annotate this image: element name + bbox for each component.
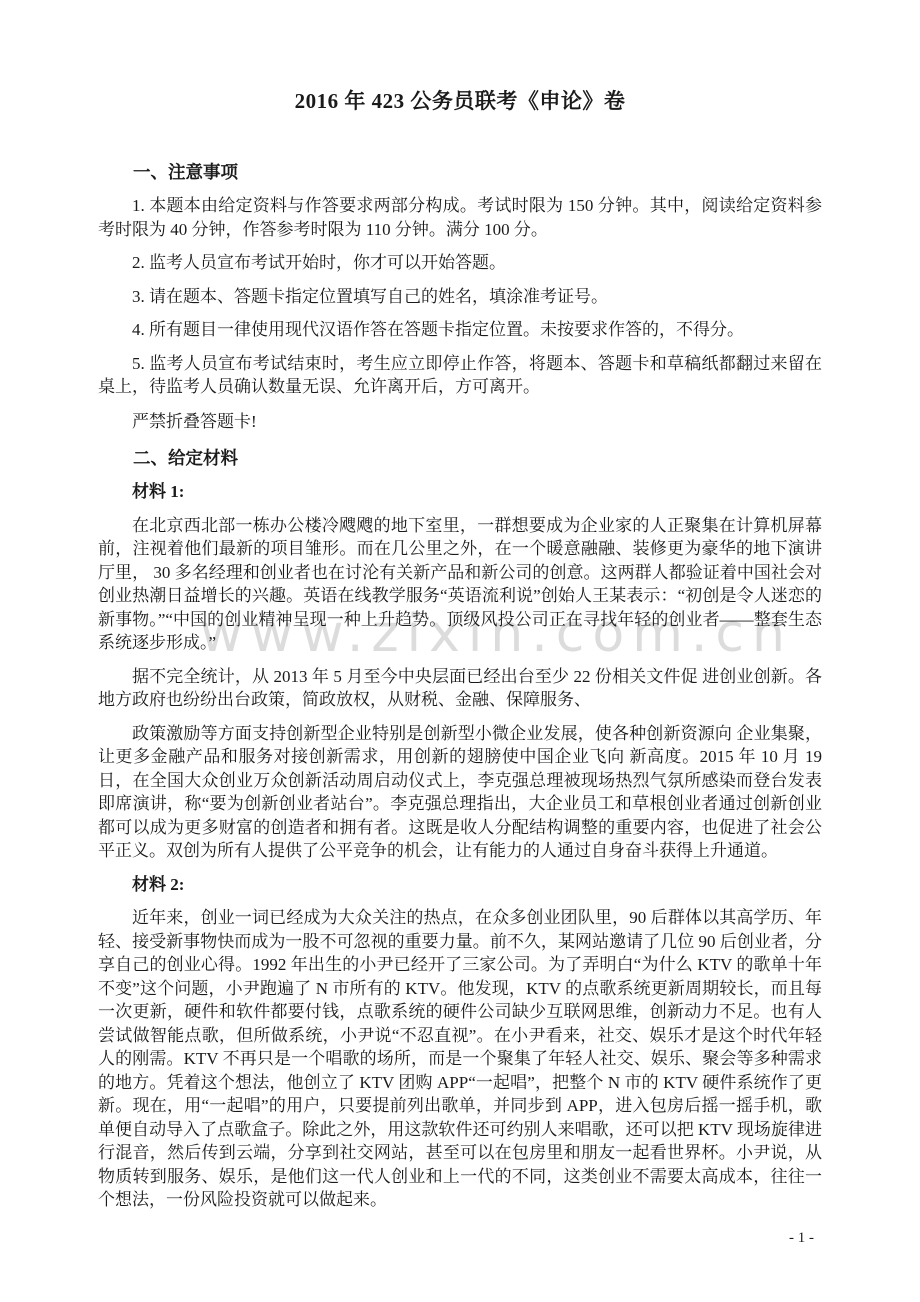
material-2-label: 材料 2: [132, 873, 822, 897]
material-1-label: 材料 1: [132, 480, 822, 504]
notice-warning: 严禁折叠答题卡! [98, 410, 822, 434]
page-number: - 1 - [789, 1228, 814, 1248]
material-1-paragraph: 政策激励等方面支持创新型企业特别是创新型小微企业发展，使各种创新资源向 企业集聚… [98, 722, 822, 863]
material-1-paragraph: 据不完全统计，从 2013 年 5 月至今中央层面已经出台至少 22 份相关文件… [98, 665, 822, 712]
document-title: 2016 年 423 公务员联考《申论》卷 [98, 86, 822, 116]
notice-item-2: 2. 监考人员宣布考试开始时，你才可以开始答题。 [98, 251, 822, 275]
notice-item-1: 1. 本题本由给定资料与作答要求两部分构成。考试时限为 150 分钟。其中，阅读… [98, 194, 822, 241]
document-content: 2016 年 423 公务员联考《申论》卷 一、注意事项 1. 本题本由给定资料… [0, 0, 920, 1212]
notice-item-4: 4. 所有题目一律使用现代汉语作答在答题卡指定位置。未按要求作答的，不得分。 [98, 318, 822, 342]
section-heading-materials: 二、给定材料 [133, 446, 822, 470]
document-page: www.zixin.com.cn 2016 年 423 公务员联考《申论》卷 一… [0, 0, 920, 1302]
material-2-paragraph: 近年来，创业一词已经成为大众关注的热点，在众多创业团队里，90 后群体以其高学历… [98, 906, 822, 1212]
notice-item-3: 3. 请在题本、答题卡指定位置填写自己的姓名，填涂准考证号。 [98, 285, 822, 309]
material-1-paragraph: 在北京西北部一栋办公楼冷飕飕的地下室里，一群想要成为企业家的人正聚集在计算机屏幕… [98, 514, 822, 655]
notice-item-5: 5. 监考人员宣布考试结束时，考生应立即停止作答，将题本、答题卡和草稿纸都翻过来… [98, 352, 822, 399]
section-heading-notice: 一、注意事项 [133, 160, 822, 184]
